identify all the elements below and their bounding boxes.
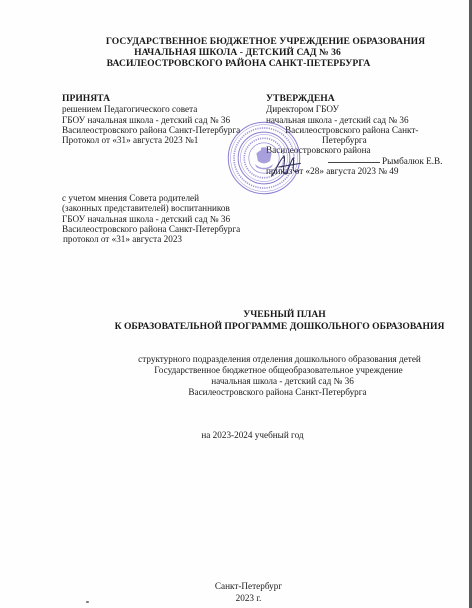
subdivision-line: Василеостровского района Санкт-Петербург…	[0, 387, 469, 398]
accepted-line: Василеостровского района Санкт-Петербург…	[62, 125, 240, 135]
accepted-title: ПРИНЯТА	[62, 94, 240, 104]
accepted-line: Протокол от «31» августа 2023 №1	[62, 135, 240, 145]
header-line-2: НАЧАЛЬНАЯ ШКОЛА - ДЕТСКИЙ САД № 36	[0, 47, 469, 58]
footer-city: Санкт-Петербург	[28, 581, 469, 593]
subdivision-line: Государственное бюджетное общеобразовате…	[0, 365, 469, 376]
subdivision-line: структурного подразделения отделения дош…	[0, 354, 469, 365]
director-signature-line: Рымбалюк Е.В.	[266, 156, 442, 166]
accepted-block: ПРИНЯТА решением Педагогического совета …	[62, 94, 240, 145]
approved-line: Василеостровского района Санкт-	[266, 125, 442, 135]
plan-title-line-2: К ОБРАЗОВАТЕЛЬНОЙ ПРОГРАММЕ ДОШКОЛЬНОГО …	[0, 321, 469, 333]
header-line-1: ГОСУДАРСТВЕННОЕ БЮДЖЕТНОЕ УЧРЕЖДЕНИЕ ОБР…	[0, 36, 469, 47]
subdivision-block: структурного подразделения отделения дош…	[0, 354, 469, 398]
accepted-line: ГБОУ начальная школа - детский сад № 36	[62, 115, 240, 125]
approved-line: Василеостровского района	[266, 145, 442, 155]
director-name: Рымбалюк Е.В.	[382, 156, 442, 166]
approved-title: УТВЕРЖДЕНА	[266, 94, 442, 104]
parents-council-block: с учетом мнения Совета родителей (законн…	[62, 193, 240, 244]
plan-title-line-1: УЧЕБНЫЙ ПЛАН	[0, 309, 469, 321]
institution-header: ГОСУДАРСТВЕННОЕ БЮДЖЕТНОЕ УЧРЕЖДЕНИЕ ОБР…	[0, 36, 469, 69]
signature-underline	[328, 162, 380, 163]
footer-block: Санкт-Петербург 2023 г.	[0, 581, 469, 604]
plan-title: УЧЕБНЫЙ ПЛАН К ОБРАЗОВАТЕЛЬНОЙ ПРОГРАММЕ…	[0, 309, 469, 332]
parents-line: Василеостровского района Санкт-Петербург…	[62, 224, 240, 234]
footer-year: 2023 г.	[28, 593, 469, 605]
approved-line: начальная школа - детский сад № 36	[266, 115, 442, 125]
approved-order-line: приказ от «28» августа 2023 № 49	[266, 166, 442, 176]
header-line-3: ВАСИЛЕОСТРОВСКОГО РАЙОНА САНКТ-ПЕТЕРБУРГ…	[0, 58, 469, 69]
parents-line: с учетом мнения Совета родителей	[62, 193, 240, 203]
academic-year: на 2023-2024 учебный год	[0, 430, 469, 440]
parents-line: (законных представителей) воспитанников	[62, 203, 240, 213]
accepted-line: решением Педагогического совета	[62, 104, 240, 114]
parents-line: ГБОУ начальная школа - детский сад № 36	[62, 214, 240, 224]
approved-block: УТВЕРЖДЕНА Директором ГБОУ начальная шко…	[266, 94, 442, 176]
scan-speck	[86, 601, 89, 603]
approved-line: Директором ГБОУ	[266, 104, 442, 114]
document-page: ГОСУДАРСТВЕННОЕ БЮДЖЕТНОЕ УЧРЕЖДЕНИЕ ОБР…	[0, 0, 469, 608]
subdivision-line: начальная школа - детский сад № 36	[0, 376, 469, 387]
parents-line: протокол от «31» августа 2023	[62, 234, 240, 244]
approved-line: Петербурга	[266, 135, 442, 145]
